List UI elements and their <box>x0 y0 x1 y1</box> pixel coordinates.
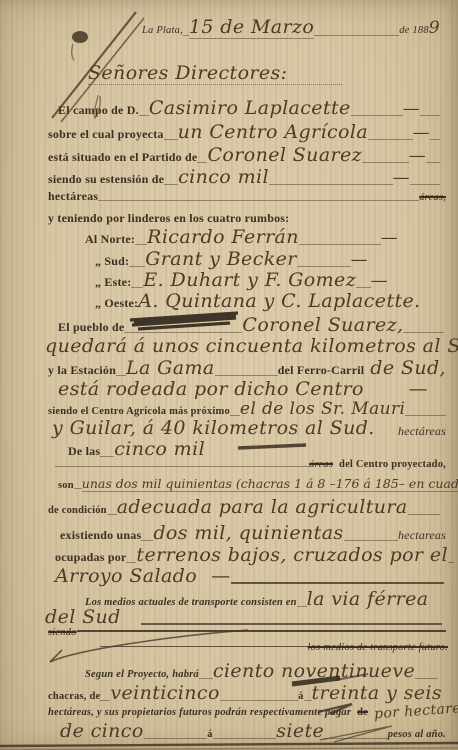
chacras-value2-handwritten: treinta y seis <box>312 682 442 704</box>
existiendo-label: existiendo unas <box>60 528 141 543</box>
line-quedara: quedará á unos cincuenta kilometros al S… <box>45 335 436 357</box>
line-siendo-struck: siendo <box>48 627 446 638</box>
chacras-value1-handwritten: veinticinco <box>110 682 219 704</box>
lindero-value-handwritten: A. Quintana y C. Laplacette. <box>138 290 420 312</box>
line-arroyo: Arroyo Salado — <box>55 565 444 587</box>
scanned-document-page: La Plata, 15 de Marzo de 188 9 Señores D… <box>0 0 458 750</box>
ink-blot-tail <box>72 44 74 60</box>
campo-label: El campo de D. <box>58 103 139 118</box>
lindero-value-handwritten: Grant y Becker <box>145 248 297 270</box>
segun-label: Segun el Proyecto, habrá <box>85 669 199 680</box>
pen-stroke-mark <box>50 650 62 662</box>
segun-value-handwritten: ciento noventinueve <box>213 660 415 682</box>
lindero-dir: Al Norte: <box>85 232 135 247</box>
salutation-line: Señores Directores: <box>88 62 342 85</box>
lindero-dir: „ Sud: <box>95 254 129 269</box>
year-digit-handwritten: 9 <box>429 18 440 38</box>
delas-label: De las <box>68 444 100 459</box>
place-label: La Plata, <box>142 25 183 36</box>
siendo-struck-label: siendo <box>48 627 77 638</box>
line-guilar: y Guilar, á 40 kilometros al Sud. hectár… <box>52 417 446 439</box>
ferrocarril-label: del Ferro-Carril <box>278 363 365 378</box>
pueblo-crossed-out-blank <box>124 332 242 333</box>
ferrocarril-value-handwritten: de Sud, <box>370 357 446 379</box>
futuro-struck-label: los medios de transporte futuro. <box>308 642 448 653</box>
son-label: son <box>58 480 74 491</box>
proximo-value-handwritten: el de los Sr. Mauri <box>240 399 405 419</box>
son-value-handwritten: unas dos mil quinientas (chacras 1 á 8 –… <box>82 476 458 492</box>
lindero-oeste: „ Oeste: A. Quintana y C. Laplacette. <box>95 290 388 312</box>
delsud-handwritten: del Sud <box>45 606 121 628</box>
lindero-dir: „ Este: <box>95 275 131 290</box>
trailing-dash: — <box>413 123 430 143</box>
guilar-handwritten: y Guilar, á 40 kilometros al Sud. <box>52 417 375 439</box>
condicion-label: de condición <box>48 505 107 516</box>
trailing-dash: — <box>393 168 410 188</box>
field-ocupadas: ocupadas por terrenos bajos, cruzados po… <box>55 544 440 566</box>
pesos-value1-handwritten: de cinco <box>60 720 144 742</box>
trailing-dash: — <box>409 378 428 400</box>
field-pesos: de cinco á siete pesos al año. <box>60 720 446 742</box>
line-delsud: del Sud <box>45 606 442 628</box>
extension-label: siendo su estensión de <box>48 172 164 187</box>
rodeada-handwritten: está rodeada por dicho Centro <box>58 378 364 400</box>
lindero-sud: „ Sud: Grant y Becker — <box>95 248 368 270</box>
lindero-value-handwritten: Ricardo Ferrán <box>147 226 299 248</box>
pesos-value2-handwritten: siete <box>276 720 324 742</box>
field-extension: siendo su estensión de cinco mil — <box>48 166 440 188</box>
field-centro-proyectado: áreas del Centro proyectado, <box>55 459 446 470</box>
field-proximo: siendo el Centro Agrícola más próximo el… <box>48 399 446 419</box>
hectareas-label: hectáreas <box>48 189 98 204</box>
field-chacras: chacras, de veinticinco á treinta y seis <box>48 682 442 704</box>
field-existiendo: existiendo unas dos mil, quinientas hect… <box>60 522 446 544</box>
delas-value-handwritten: cinco mil <box>114 438 205 460</box>
field-partido: está situado en el Partido de Coronel Su… <box>48 144 440 166</box>
areas-label-struck: áreas, <box>419 192 446 203</box>
lindero-este: „ Este: E. Duhart y F. Gomez — <box>95 269 388 291</box>
partido-value-handwritten: Coronel Suarez <box>207 144 362 166</box>
field-hectareas-areas: hectáreas áreas, <box>48 189 446 204</box>
page-bottom-edge-line <box>0 748 458 750</box>
pueblo-label: El pueblo de <box>58 320 124 335</box>
trailing-dash: — <box>403 99 420 119</box>
areas-struck: áreas <box>309 459 333 470</box>
trailing-dash: — <box>371 271 388 291</box>
propietarios-label: hectáreas, y sus propietarios futuros po… <box>48 707 351 718</box>
pueblo-value-handwritten: Coronel Suarez, <box>242 314 403 336</box>
proyecta-label: sobre el cual proyecta <box>48 127 164 142</box>
por-hectarea-insert-handwritten: por hectarea <box>374 700 458 723</box>
field-pueblo: El pueblo de Coronel Suarez, <box>58 314 444 336</box>
field-proyecta: sobre el cual proyecta un Centro Agrícol… <box>48 121 440 143</box>
hectareas-right-label: hectáreas <box>398 424 446 439</box>
linderos-title: y teniendo por linderos en los cuatro ru… <box>48 211 289 226</box>
field-propietarios: hectáreas, y sus propietarios futuros po… <box>48 703 454 719</box>
quedara-handwritten: quedará á unos cincuenta kilometros al S… <box>45 335 458 357</box>
campo-value-handwritten: Casimiro Laplacette <box>149 97 351 119</box>
lindero-value-handwritten: E. Duhart y F. Gomez <box>143 269 356 291</box>
page-bottom-edge-line <box>0 743 458 746</box>
salutation-handwritten: Señores Directores: <box>88 62 342 85</box>
field-delas: De las cinco mil <box>68 438 308 460</box>
field-son: son unas dos mil quinientas (chacras 1 á… <box>58 476 450 492</box>
chacras-label: chacras, de <box>48 691 100 702</box>
estacion-label: y la Estación <box>48 363 116 378</box>
pesos-label: pesos al año. <box>388 729 446 740</box>
de-struck-label: de <box>357 707 368 718</box>
condicion-value-handwritten: adecuada para la agricultura <box>117 496 408 518</box>
hectareas-right-label: hectareas <box>398 528 446 543</box>
trailing-dash: — <box>351 250 368 270</box>
estacion-value-handwritten: La Gama <box>126 357 215 379</box>
date-line: La Plata, 15 de Marzo de 188 9 <box>142 16 440 39</box>
proyecta-value-handwritten: un Centro Agrícola <box>178 121 368 143</box>
existiendo-value-handwritten: dos mil, quinientas <box>153 522 343 544</box>
field-condicion: de condición adecuada para la agricultur… <box>48 496 440 518</box>
field-estacion: y la Estación La Gama del Ferro-Carril d… <box>48 357 446 379</box>
arroyo-handwritten: Arroyo Salado <box>55 565 197 587</box>
lindero-norte: Al Norte: Ricardo Ferrán — <box>85 226 398 248</box>
de-188-label: de 188 <box>399 25 429 36</box>
date-handwritten: 15 de Marzo <box>189 16 314 39</box>
centro-label: del Centro proyectado, <box>339 459 446 470</box>
lindero-dir: „ Oeste: <box>95 296 138 311</box>
ocupadas-value-handwritten: terrenos bajos, cruzados por el <box>136 544 448 566</box>
trailing-dash: — <box>409 146 426 166</box>
extension-value-handwritten: cinco mil <box>178 166 269 188</box>
trailing-dash: — <box>211 565 230 587</box>
field-campo: El campo de D. Casimiro Laplacette — <box>58 97 440 119</box>
partido-label: está situado en el Partido de <box>48 150 197 165</box>
field-segun: Segun el Proyecto, habrá ciento noventin… <box>85 660 438 682</box>
ink-blot <box>72 31 88 43</box>
line-futuro-struck: los medios de transporte futuro. <box>100 642 448 653</box>
ocupadas-label: ocupadas por <box>55 550 126 565</box>
trailing-dash: — <box>381 228 398 248</box>
line-rodeada: está rodeada por dicho Centro — <box>58 378 428 400</box>
proximo-label: siendo el Centro Agrícola más próximo <box>48 406 230 417</box>
